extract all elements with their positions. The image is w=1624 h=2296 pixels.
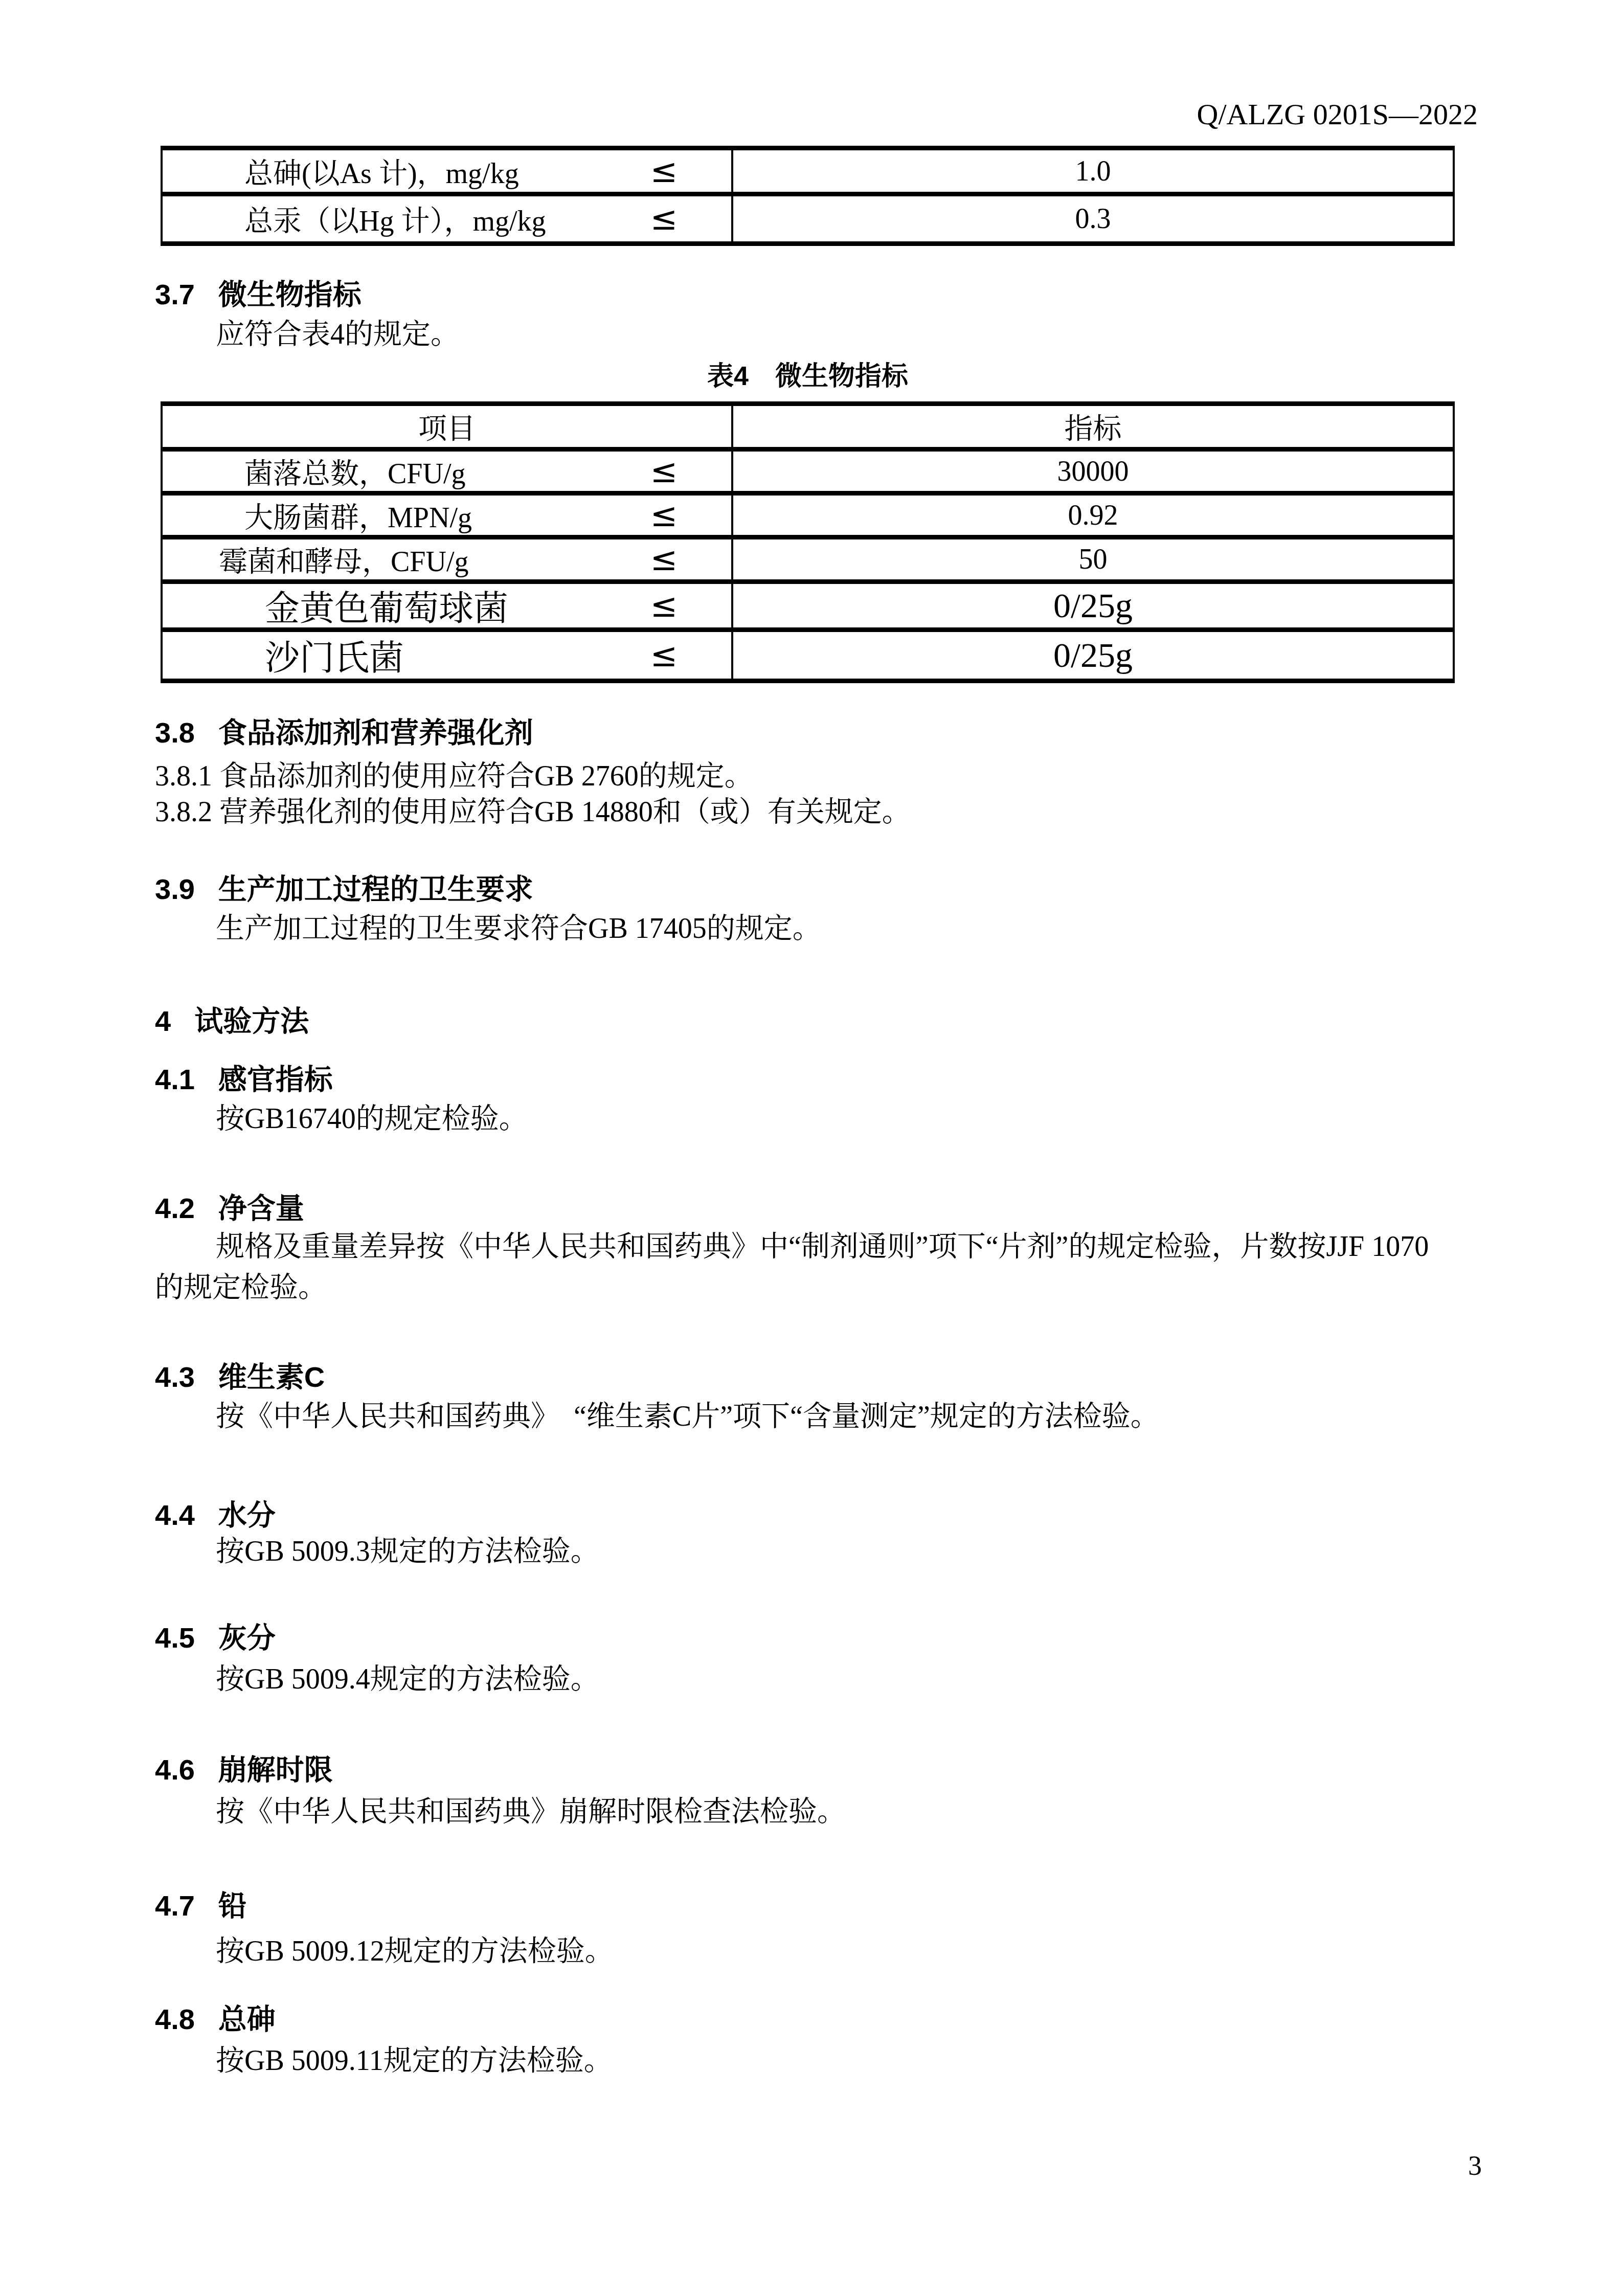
header-item-cell: 项目 (163, 406, 733, 447)
section-number: 4.1 (155, 1063, 195, 1095)
paragraph-4-1: 按GB16740的规定检验。 (216, 1104, 528, 1135)
section-number: 4.7 (155, 1889, 195, 1922)
clause-number: 3.8.1 (155, 760, 212, 792)
value-cell: 0/25g (733, 584, 1453, 627)
paragraph-4-6: 按《中华人民共和国药典》崩解时限检查法检验。 (216, 1796, 846, 1828)
paragraph-4-8: 按GB 5009.11规定的方法检验。 (216, 2045, 613, 2077)
section-title: 试验方法 (194, 1005, 309, 1037)
section-title: 水分 (218, 1499, 276, 1531)
table-header-row: 项目 指标 (163, 406, 1453, 452)
table4-caption: 表4 微生物指标 (161, 362, 1455, 391)
paragraph-4-2-line1: 规格及重量差异按《中华人民共和国药典》中“制剂通则”项下“片剂”的规定检验，片数… (216, 1231, 1429, 1263)
item-label: 总汞（以Hg 计），mg/kg (244, 198, 546, 239)
less-than-or-equal-symbol: ≤ (650, 497, 678, 534)
item-label: 金黄色葡萄球菌 (265, 581, 508, 631)
section-title: 食品添加剂和营养强化剂 (218, 716, 533, 749)
section-title: 灰分 (218, 1622, 276, 1654)
section-title: 感官指标 (218, 1063, 333, 1095)
paragraph-4-5: 按GB 5009.4规定的方法检验。 (216, 1664, 599, 1696)
section-heading-4-6: 4.6崩解时限 (155, 1754, 333, 1786)
item-cell: 总砷(以As 计)，mg/kg ≤ (163, 150, 733, 192)
table-row: 总汞（以Hg 计），mg/kg ≤ 0.3 (163, 196, 1453, 241)
clause-text: 营养强化剂的使用应符合GB 14880和（或）有关规定。 (219, 796, 911, 828)
clause-text: 食品添加剂的使用应符合GB 2760的规定。 (219, 760, 753, 792)
less-than-or-equal-symbol: ≤ (650, 637, 678, 674)
item-cell: 大肠菌群，MPN/g ≤ (163, 496, 733, 535)
item-label: 霉菌和酵母，CFU/g (219, 539, 469, 580)
paragraph-4-2-line2: 的规定检验。 (155, 1272, 327, 1304)
section-title: 微生物指标 (218, 278, 362, 310)
item-label: 沙门氏菌 (265, 631, 404, 680)
section-title: 维生素C (218, 1361, 325, 1393)
section-heading-4-3: 4.3维生素C (155, 1361, 325, 1393)
item-cell: 沙门氏菌 ≤ (163, 632, 733, 679)
section-title: 总砷 (218, 2003, 276, 2035)
less-than-or-equal-symbol: ≤ (650, 587, 678, 625)
section-heading-4-2: 4.2净含量 (155, 1192, 304, 1224)
table-row: 总砷(以As 计)，mg/kg ≤ 1.0 (163, 150, 1453, 196)
less-than-or-equal-symbol: ≤ (650, 152, 678, 190)
section-heading-4-7: 4.7铅 (155, 1890, 247, 1922)
section-number: 4.8 (155, 2003, 195, 2035)
paragraph-3-8-1: 3.8.1 食品添加剂的使用应符合GB 2760的规定。 (155, 761, 753, 793)
section-number: 4.5 (155, 1622, 195, 1654)
item-cell: 总汞（以Hg 计），mg/kg ≤ (163, 196, 733, 241)
section-heading-4-1: 4.1感官指标 (155, 1064, 333, 1095)
item-label: 菌落总数，CFU/g (244, 451, 466, 492)
section-number: 4.2 (155, 1192, 195, 1224)
section-heading-3-9: 3.9生产加工过程的卫生要求 (155, 873, 533, 905)
section-heading-3-7: 3.7微生物指标 (155, 279, 362, 310)
value-cell: 30000 (733, 452, 1453, 491)
header-value-cell: 指标 (733, 406, 1453, 447)
value-cell: 0.92 (733, 496, 1453, 535)
section-heading-4: 4试验方法 (155, 1005, 309, 1037)
clause-number: 3.8.2 (155, 796, 212, 828)
table-row: 霉菌和酵母，CFU/g ≤ 50 (163, 539, 1453, 584)
section-number: 4.3 (155, 1361, 195, 1393)
value-cell: 1.0 (733, 150, 1453, 192)
section-number: 3.8 (155, 716, 195, 749)
table-row: 菌落总数，CFU/g ≤ 30000 (163, 452, 1453, 496)
item-label: 总砷(以As 计)，mg/kg (244, 151, 519, 192)
value-cell: 50 (733, 539, 1453, 579)
paragraph-3-7: 应符合表4的规定。 (216, 319, 459, 351)
limits-table: 总砷(以As 计)，mg/kg ≤ 1.0 总汞（以Hg 计），mg/kg ≤ … (161, 146, 1455, 246)
page-number: 3 (1468, 2151, 1482, 2181)
less-than-or-equal-symbol: ≤ (650, 453, 678, 490)
paragraph-3-9: 生产加工过程的卫生要求符合GB 17405的规定。 (216, 913, 821, 945)
section-number: 3.7 (155, 278, 195, 310)
section-title: 崩解时限 (218, 1753, 333, 1786)
section-number: 4 (155, 1005, 171, 1037)
micro-table: 项目 指标 菌落总数，CFU/g ≤ 30000 大肠菌群，MPN/g ≤ 0.… (161, 401, 1455, 683)
table-row: 大肠菌群，MPN/g ≤ 0.92 (163, 496, 1453, 539)
table-row: 沙门氏菌 ≤ 0/25g (163, 632, 1453, 679)
section-title: 铅 (218, 1889, 247, 1922)
paragraph-4-7: 按GB 5009.12规定的方法检验。 (216, 1936, 614, 1968)
value-cell: 0/25g (733, 632, 1453, 679)
section-number: 3.9 (155, 873, 195, 905)
document-page: Q/ALZG 0201S—2022 总砷(以As 计)，mg/kg ≤ 1.0 … (0, 0, 1624, 2296)
section-title: 生产加工过程的卫生要求 (218, 873, 533, 905)
section-heading-3-8: 3.8食品添加剂和营养强化剂 (155, 717, 533, 749)
doc-code: Q/ALZG 0201S—2022 (1197, 98, 1478, 131)
value-cell: 0.3 (733, 196, 1453, 241)
paragraph-3-8-2: 3.8.2 营养强化剂的使用应符合GB 14880和（或）有关规定。 (155, 797, 911, 828)
less-than-or-equal-symbol: ≤ (650, 541, 678, 578)
paragraph-4-3: 按《中华人民共和国药典》 “维生素C片”项下“含量测定”规定的方法检验。 (216, 1401, 1159, 1433)
section-number: 4.6 (155, 1753, 195, 1786)
section-heading-4-8: 4.8总砷 (155, 2004, 276, 2035)
item-cell: 霉菌和酵母，CFU/g ≤ (163, 539, 733, 579)
item-cell: 菌落总数，CFU/g ≤ (163, 452, 733, 491)
section-heading-4-5: 4.5灰分 (155, 1622, 276, 1654)
item-cell: 金黄色葡萄球菌 ≤ (163, 584, 733, 627)
section-number: 4.4 (155, 1499, 195, 1531)
item-label: 大肠菌群，MPN/g (244, 495, 472, 536)
paragraph-4-4: 按GB 5009.3规定的方法检验。 (216, 1536, 599, 1568)
section-heading-4-4: 4.4水分 (155, 1499, 276, 1531)
less-than-or-equal-symbol: ≤ (650, 200, 678, 238)
section-title: 净含量 (218, 1192, 304, 1224)
table-row: 金黄色葡萄球菌 ≤ 0/25g (163, 584, 1453, 632)
